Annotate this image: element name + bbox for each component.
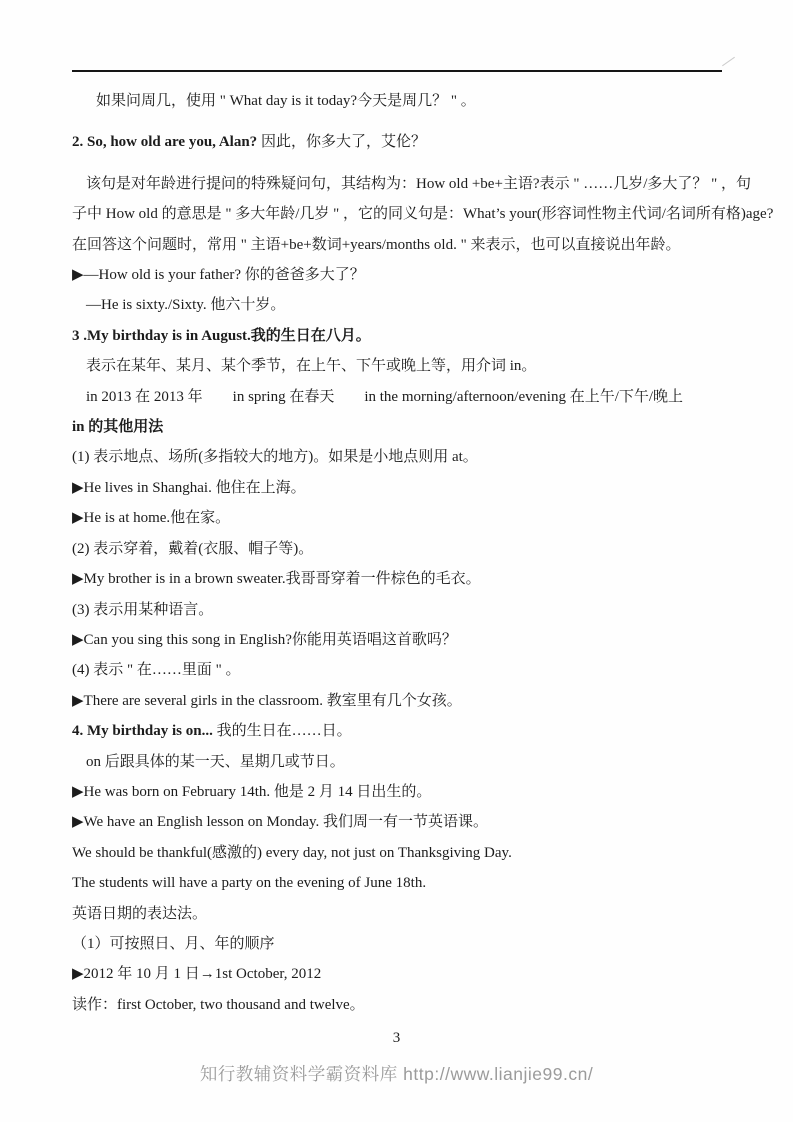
doc-line: (4) 表示 " 在……里面 " 。 <box>72 655 732 685</box>
doc-line: ▶He is at home.他在家。 <box>72 503 732 533</box>
footer-watermark: 知行教辅资料学霸资料库 http://www.lianjie99.cn/ <box>0 1061 793 1086</box>
doc-line: ▶We have an English lesson on Monday. 我们… <box>72 807 732 837</box>
doc-line-bold-text: 3 .My birthday is in August.我的生日在八月。 <box>72 328 371 344</box>
doc-line-text: (4) 表示 " 在……里面 " 。 <box>72 662 241 678</box>
doc-line-text: (3) 表示用某种语言。 <box>72 602 213 618</box>
doc-line-text: 子中 How old 的意思是 " 多大年龄/几岁 " ，它的同义句是：What… <box>72 206 773 222</box>
doc-line-text: ▶He was born on February 14th. 他是 2 月 14… <box>72 784 431 800</box>
doc-line-text: 我的生日在……日。 <box>213 723 352 739</box>
doc-line: （1）可按照日、月、年的顺序 <box>72 929 732 959</box>
doc-line: The students will have a party on the ev… <box>72 868 732 898</box>
doc-line-text: The students will have a party on the ev… <box>72 875 426 891</box>
scan-artifact <box>722 57 735 66</box>
doc-line-text: —He is sixty./Sixty. 他六十岁。 <box>86 297 285 313</box>
doc-line-text: on 后跟具体的某一天、星期几或节日。 <box>86 754 345 770</box>
document-body: 如果问周几，使用 " What day is it today?今天是周几？ "… <box>72 86 732 1020</box>
doc-line: ▶He was born on February 14th. 他是 2 月 14… <box>72 777 732 807</box>
doc-line-text: ▶He is at home.他在家。 <box>72 510 230 526</box>
doc-line-text: (2) 表示穿着，戴着(衣服、帽子等)。 <box>72 541 313 557</box>
document-page: 如果问周几，使用 " What day is it today?今天是周几？ "… <box>0 0 793 1122</box>
doc-line-text: ▶He lives in Shanghai. 他住在上海。 <box>72 480 306 496</box>
doc-line: —He is sixty./Sixty. 他六十岁。 <box>72 290 732 320</box>
doc-line-text: 该句是对年龄进行提问的特殊疑问句，其结构为：How old +be+主语?表示 … <box>86 176 751 192</box>
doc-line: 2. So, how old are you, Alan? 因此，你多大了，艾伦… <box>72 127 732 157</box>
doc-line-bold-text: 4. My birthday is on... <box>72 723 213 739</box>
doc-line-text: ▶2012 年 10 月 1 日→1st October, 2012 <box>72 966 321 982</box>
doc-line-text: in 2013 在 2013 年 in spring 在春天 in the mo… <box>86 389 683 405</box>
doc-line: (2) 表示穿着，戴着(衣服、帽子等)。 <box>72 534 732 564</box>
doc-line: We should be thankful(感激的) every day, no… <box>72 838 732 868</box>
doc-line: (1) 表示地点、场所(多指较大的地方)。如果是小地点则用 at。 <box>72 442 732 472</box>
doc-line: 英语日期的表达法。 <box>72 899 732 929</box>
doc-line: 在回答这个问题时，常用 " 主语+be+数词+years/months old.… <box>72 230 732 260</box>
doc-line: in 的其他用法 <box>72 412 732 442</box>
doc-line-bold-text: in 的其他用法 <box>72 419 163 435</box>
doc-line-text: 如果问周几，使用 " What day is it today?今天是周几？ "… <box>96 93 476 109</box>
doc-line: in 2013 在 2013 年 in spring 在春天 in the mo… <box>72 382 732 412</box>
doc-line: (3) 表示用某种语言。 <box>72 595 732 625</box>
doc-line-text: 因此，你多大了，艾伦？ <box>257 134 426 150</box>
doc-line: 如果问周几，使用 " What day is it today?今天是周几？ "… <box>72 86 732 116</box>
doc-line: ▶There are several girls in the classroo… <box>72 686 732 716</box>
doc-line: 该句是对年龄进行提问的特殊疑问句，其结构为：How old +be+主语?表示 … <box>72 169 732 199</box>
doc-line-bold-text: 2. So, how old are you, Alan? <box>72 134 257 150</box>
doc-line-text: 读作：first October, two thousand and twelv… <box>72 997 365 1013</box>
page-number: 3 <box>0 1030 793 1047</box>
doc-line: 4. My birthday is on... 我的生日在……日。 <box>72 716 732 746</box>
doc-line: ▶2012 年 10 月 1 日→1st October, 2012 <box>72 959 732 989</box>
doc-line: on 后跟具体的某一天、星期几或节日。 <box>72 747 732 777</box>
doc-line: 读作：first October, two thousand and twelv… <box>72 990 732 1020</box>
doc-line: 3 .My birthday is in August.我的生日在八月。 <box>72 321 732 351</box>
doc-line-text: 在回答这个问题时，常用 " 主语+be+数词+years/months old.… <box>72 237 680 253</box>
doc-line: 子中 How old 的意思是 " 多大年龄/几岁 " ，它的同义句是：What… <box>72 199 732 229</box>
doc-line: ▶My brother is in a brown sweater.我哥哥穿着一… <box>72 564 732 594</box>
doc-line: ▶—How old is your father? 你的爸爸多大了？ <box>72 260 732 290</box>
doc-line-text: ▶Can you sing this song in English?你能用英语… <box>72 632 457 648</box>
header-rule <box>72 70 722 72</box>
doc-line-text: ▶My brother is in a brown sweater.我哥哥穿着一… <box>72 571 481 587</box>
doc-line-text: ▶There are several girls in the classroo… <box>72 693 462 709</box>
doc-line: ▶He lives in Shanghai. 他住在上海。 <box>72 473 732 503</box>
doc-line-text: 英语日期的表达法。 <box>72 906 207 922</box>
doc-line: 表示在某年、某月、某个季节，在上午、下午或晚上等，用介词 in。 <box>72 351 732 381</box>
doc-line-text: ▶—How old is your father? 你的爸爸多大了？ <box>72 267 365 283</box>
doc-line-text: (1) 表示地点、场所(多指较大的地方)。如果是小地点则用 at。 <box>72 449 478 465</box>
doc-line: ▶Can you sing this song in English?你能用英语… <box>72 625 732 655</box>
doc-line-text: （1）可按照日、月、年的顺序 <box>72 936 275 952</box>
doc-line-text: We should be thankful(感激的) every day, no… <box>72 845 512 861</box>
doc-line-text: ▶We have an English lesson on Monday. 我们… <box>72 814 488 830</box>
doc-line-text: 表示在某年、某月、某个季节，在上午、下午或晚上等，用介词 in。 <box>86 358 536 374</box>
